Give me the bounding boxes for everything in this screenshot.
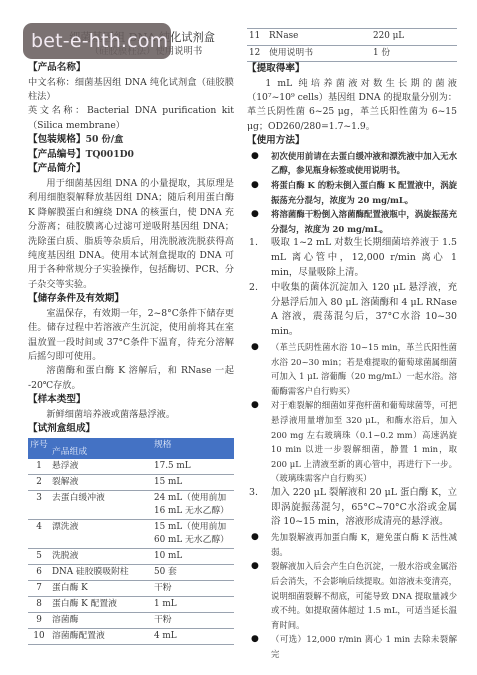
cell-no: 2 bbox=[28, 475, 50, 491]
cell-spec: 50 套 bbox=[152, 565, 234, 581]
table-row: 3去蛋白缓冲液24 mL（使用前加 16 mL 无水乙醇） bbox=[28, 491, 234, 520]
section-heading-yield: 【提取得率】 bbox=[247, 62, 457, 77]
product-code-value: TQ001D0 bbox=[86, 149, 134, 160]
cell-name: 去蛋白缓冲液 bbox=[50, 491, 152, 520]
kit-components-table-continued: 11RNase220 μL 12使用说明书1 份 bbox=[247, 28, 457, 62]
cell-no: 10 bbox=[28, 629, 50, 645]
cell-no: 4 bbox=[28, 520, 50, 549]
cell-spec: 1 份 bbox=[371, 45, 457, 62]
section-heading-product-name: 【产品名称】 bbox=[28, 61, 234, 76]
table-row: 5洗脱液10 mL bbox=[28, 549, 234, 565]
cell-spec: 10 mL bbox=[152, 549, 234, 565]
cell-no: 3 bbox=[28, 491, 50, 520]
watermark-overlay: bet-e-hth.com bbox=[23, 23, 171, 59]
cell-spec: 干粉 bbox=[152, 581, 234, 597]
usage-item-text: 裂解液加入后会产生白色沉淀，一般水浴或金属浴后会消失，不会影响后续提取。如溶液未… bbox=[271, 561, 457, 629]
cell-spec: 220 μL bbox=[371, 29, 457, 46]
bullet-icon: ● bbox=[251, 149, 259, 164]
document-page: 细菌基因组 DNA 纯化试剂盒 （硅胶膜柱法）使用说明书 【产品名称】 中文名称… bbox=[0, 0, 477, 675]
yield-text: 1 mL 纯培养菌液对数生长期的菌液（10⁷~10⁹ cells）基因组 DNA… bbox=[247, 77, 457, 135]
cell-spec: 1 mL bbox=[152, 597, 234, 613]
cell-name: 漂洗液 bbox=[50, 520, 152, 549]
table-row: 9溶菌酶干粉 bbox=[28, 613, 234, 629]
product-name-en: 英文名称：Bacterial DNA purification kit（Sili… bbox=[28, 104, 234, 133]
usage-bullet-item: ●（革兰氏阴性菌水浴 10~15 min，革兰氏阳性菌水浴 20~30 min；… bbox=[247, 340, 457, 398]
usage-step-item: 2.中收集的菌体沉淀加入 120 μL 悬浮液，充分悬浮后加入 80 μL 溶菌… bbox=[247, 281, 457, 340]
bullet-icon: ● bbox=[251, 559, 259, 574]
package-spec-line: 【包装规格】50 份/盒 bbox=[28, 133, 234, 148]
table-header-row: 序号 产品组成 规格 bbox=[28, 438, 234, 460]
table-row: 6DNA 硅胶膜吸附柱50 套 bbox=[28, 565, 234, 581]
section-heading-usage: 【使用方法】 bbox=[247, 134, 457, 149]
step-number: 3. bbox=[249, 486, 258, 501]
cell-spec: 4 mL bbox=[152, 629, 234, 645]
bullet-icon: ● bbox=[251, 632, 259, 647]
storage-text-1: 室温保存，有效期一年，2~8°C条件下储存更佳。储存过程中若溶液产生沉淀，使用前… bbox=[28, 307, 234, 365]
bullet-icon: ● bbox=[251, 207, 259, 222]
cell-name: 蛋白酶 K bbox=[50, 581, 152, 597]
storage-text-2: 溶菌酶和蛋白酶 K 溶解后，和 RNase 一起 -20℃存放。 bbox=[28, 364, 234, 393]
cell-name: 悬浮液 bbox=[50, 459, 152, 475]
product-name-cn: 中文名称：细菌基因组 DNA 纯化试剂盒（硅胶膜柱法） bbox=[28, 76, 234, 105]
cell-no: 1 bbox=[28, 459, 50, 475]
section-heading-intro: 【产品简介】 bbox=[28, 162, 234, 177]
section-heading-sample: 【样本类型】 bbox=[28, 393, 234, 408]
usage-item-text: （可选）12,000 r/min 离心 1 min 去除未裂解完 bbox=[271, 634, 457, 659]
table-row: 1悬浮液17.5 mL bbox=[28, 459, 234, 475]
cell-spec: 15 mL bbox=[152, 475, 234, 491]
kit-components-table: 序号 产品组成 规格 1悬浮液17.5 mL 2裂解液15 mL 3去蛋白缓冲液… bbox=[28, 438, 234, 646]
column-header-spec: 规格 bbox=[152, 438, 234, 460]
cell-name: 溶菌酶 bbox=[50, 613, 152, 629]
section-heading-kit: 【试剂盒组成】 bbox=[28, 422, 234, 437]
right-column: 11RNase220 μL 12使用说明书1 份 【提取得率】 1 mL 纯培养… bbox=[247, 28, 457, 662]
usage-item-text: 将蛋白酶 K 的粉末倒入蛋白酶 K 配置液中，涡旋振荡充分混匀，浓度为 20 m… bbox=[271, 180, 457, 205]
cell-no: 12 bbox=[247, 45, 267, 62]
usage-step-item: 3.加入 220 μL 裂解液和 20 μL 蛋白酶 K，立即涡旋振荡混匀，65… bbox=[247, 486, 457, 530]
package-spec-value: 50 份/盒 bbox=[86, 134, 124, 145]
bullet-icon: ● bbox=[251, 178, 259, 193]
usage-item-text: （革兰氏阴性菌水浴 10~15 min，革兰氏阳性菌水浴 20~30 min；若… bbox=[271, 342, 457, 396]
cell-no: 8 bbox=[28, 597, 50, 613]
usage-bullet-item: ●将溶菌酶干粉倒入溶菌酶配置液瓶中，涡旋振荡充分混匀，浓度为 20 mg/mL。 bbox=[247, 207, 457, 236]
usage-step-item: 1.吸取 1~2 mL 对数生长期细菌培养液于 1.5 mL 离心管中，12,0… bbox=[247, 236, 457, 280]
table-row: 11RNase220 μL bbox=[247, 29, 457, 46]
bullet-icon: ● bbox=[251, 340, 259, 355]
table-row: 4漂洗液15 mL（使用前加 60 mL 无水乙醇） bbox=[28, 520, 234, 549]
cell-name: 蛋白酶 K 配置液 bbox=[50, 597, 152, 613]
section-heading-package: 【包装规格】 bbox=[28, 134, 86, 145]
step-number: 1. bbox=[249, 236, 258, 251]
usage-item-text: 对于难裂解的细菌如芽孢杆菌和葡萄球菌等，可把悬浮液用量增加至 320 μL，和酶… bbox=[271, 400, 457, 483]
usage-bullet-item: ●裂解液加入后会产生白色沉淀，一般水浴或金属浴后会消失，不会影响后续提取。如溶液… bbox=[247, 559, 457, 632]
usage-steps-list: ●初次使用前请在去蛋白缓冲液和漂洗液中加入无水乙醇，参见瓶身标签或使用说明书。●… bbox=[247, 149, 457, 662]
sample-text: 新鲜细菌培养液或菌落悬浮液。 bbox=[28, 408, 234, 422]
section-heading-product-code: 【产品编号】 bbox=[28, 149, 86, 160]
cell-spec: 24 mL（使用前加 16 mL 无水乙醇） bbox=[152, 491, 234, 520]
usage-item-text: 先加裂解液再加蛋白酶 K，避免蛋白酶 K 活性减弱。 bbox=[271, 532, 457, 557]
product-code-line: 【产品编号】TQ001D0 bbox=[28, 148, 234, 163]
table-row: 12使用说明书1 份 bbox=[247, 45, 457, 62]
cell-name: DNA 硅胶膜吸附柱 bbox=[50, 565, 152, 581]
cell-no: 6 bbox=[28, 565, 50, 581]
cell-spec: 15 mL（使用前加 60 mL 无水乙醇） bbox=[152, 520, 234, 549]
table-row: 7蛋白酶 K干粉 bbox=[28, 581, 234, 597]
usage-bullet-item: ●（可选）12,000 r/min 离心 1 min 去除未裂解完 bbox=[247, 632, 457, 661]
bullet-icon: ● bbox=[251, 398, 259, 413]
cell-name: 裂解液 bbox=[50, 475, 152, 491]
cell-no: 7 bbox=[28, 581, 50, 597]
cell-name: 溶菌酶配置液 bbox=[50, 629, 152, 645]
column-header-no: 序号 bbox=[28, 438, 50, 460]
cell-name: 洗脱液 bbox=[50, 549, 152, 565]
bullet-icon: ● bbox=[251, 530, 259, 545]
usage-item-text: 初次使用前请在去蛋白缓冲液和漂洗液中加入无水乙醇，参见瓶身标签或使用说明书。 bbox=[271, 151, 457, 176]
intro-text: 用于细菌基因组 DNA 的小量提取，其原理是利用细胞裂解释放基因组 DNA；随后… bbox=[28, 177, 234, 292]
usage-item-text: 将溶菌酶干粉倒入溶菌酶配置液瓶中，涡旋振荡充分混匀，浓度为 20 mg/mL。 bbox=[271, 209, 457, 234]
cell-name: RNase bbox=[267, 29, 371, 46]
table-row: 10溶菌酶配置液4 mL bbox=[28, 629, 234, 645]
usage-bullet-item: ●先加裂解液再加蛋白酶 K，避免蛋白酶 K 活性减弱。 bbox=[247, 530, 457, 559]
usage-bullet-item: ●初次使用前请在去蛋白缓冲液和漂洗液中加入无水乙醇，参见瓶身标签或使用说明书。 bbox=[247, 149, 457, 178]
cell-no: 5 bbox=[28, 549, 50, 565]
section-heading-storage: 【储存条件及有效期】 bbox=[28, 292, 234, 307]
cell-spec: 干粉 bbox=[152, 613, 234, 629]
usage-item-text: 中收集的菌体沉淀加入 120 μL 悬浮液，充分悬浮后加入 80 μL 溶菌酶和… bbox=[271, 282, 457, 337]
cell-name: 使用说明书 bbox=[267, 45, 371, 62]
table-row: 8蛋白酶 K 配置液1 mL bbox=[28, 597, 234, 613]
usage-bullet-item: ●对于难裂解的细菌如芽孢杆菌和葡萄球菌等，可把悬浮液用量增加至 320 μL，和… bbox=[247, 398, 457, 486]
step-number: 2. bbox=[249, 281, 258, 296]
table-row: 2裂解液15 mL bbox=[28, 475, 234, 491]
usage-bullet-item: ●将蛋白酶 K 的粉末倒入蛋白酶 K 配置液中，涡旋振荡充分混匀，浓度为 20 … bbox=[247, 178, 457, 207]
left-column: 细菌基因组 DNA 纯化试剂盒 （硅胶膜柱法）使用说明书 【产品名称】 中文名称… bbox=[28, 30, 234, 645]
usage-item-text: 加入 220 μL 裂解液和 20 μL 蛋白酶 K，立即涡旋振荡混匀，65°C… bbox=[271, 487, 457, 528]
usage-item-text: 吸取 1~2 mL 对数生长期细菌培养液于 1.5 mL 离心管中，12,000… bbox=[271, 237, 457, 278]
column-header-name: 产品组成 bbox=[50, 438, 152, 460]
cell-no: 9 bbox=[28, 613, 50, 629]
cell-spec: 17.5 mL bbox=[152, 459, 234, 475]
cell-no: 11 bbox=[247, 29, 267, 46]
